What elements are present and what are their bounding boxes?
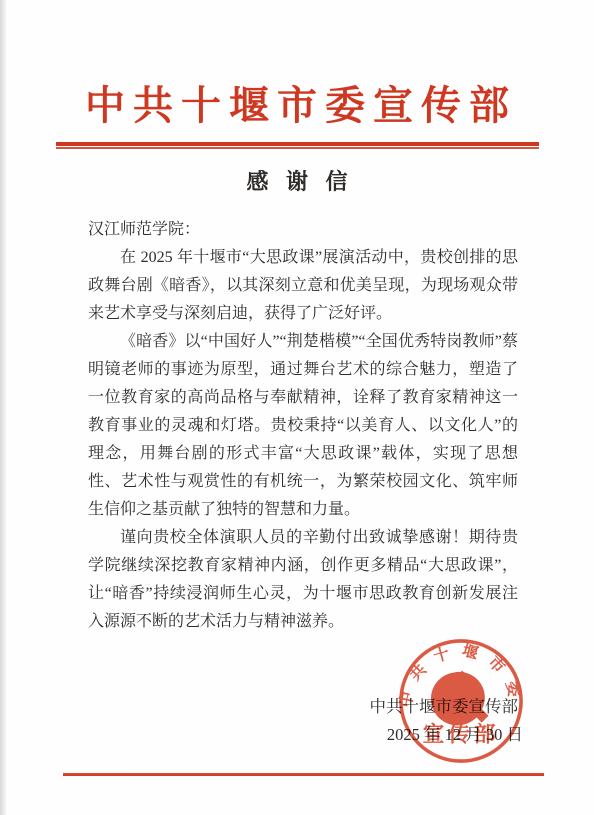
- letterhead-org-name: 中共十堰市委宣传部: [0, 80, 594, 132]
- document-title: 感 谢 信: [0, 165, 594, 196]
- salutation: 汉江师范学院：: [88, 216, 518, 244]
- letterhead-rule-thin: [56, 147, 539, 149]
- footer-rule: [63, 773, 544, 776]
- letter-page: 中共十堰市委宣传部 感 谢 信 汉江师范学院： 在 2025 年十堰市“大思政课…: [0, 0, 594, 815]
- letter-body: 汉江师范学院： 在 2025 年十堰市“大思政课”展演活动中，贵校创排的思政舞台…: [88, 216, 518, 636]
- paragraph-3: 谨向贵校全体演职人员的辛勤付出致诚挚感谢！期待贵学院继续深挖教育家精神内涵，创作…: [88, 524, 518, 636]
- signature-block: 中共十堰市委宣传部 2025 年 12 月 30 日: [370, 693, 524, 749]
- signature-date: 2025 年 12 月 30 日: [370, 721, 524, 749]
- letterhead-rule-thick: [56, 142, 539, 146]
- letterhead-rule: [56, 142, 539, 149]
- paragraph-2: 《暗香》以“中国好人”“荆楚楷模”“全国优秀特岗教师”蔡明镜老师的事迹为原型，通…: [88, 328, 518, 524]
- paragraph-1: 在 2025 年十堰市“大思政课”展演活动中，贵校创排的思政舞台剧《暗香》，以其…: [88, 244, 518, 328]
- signature-org: 中共十堰市委宣传部: [370, 693, 519, 721]
